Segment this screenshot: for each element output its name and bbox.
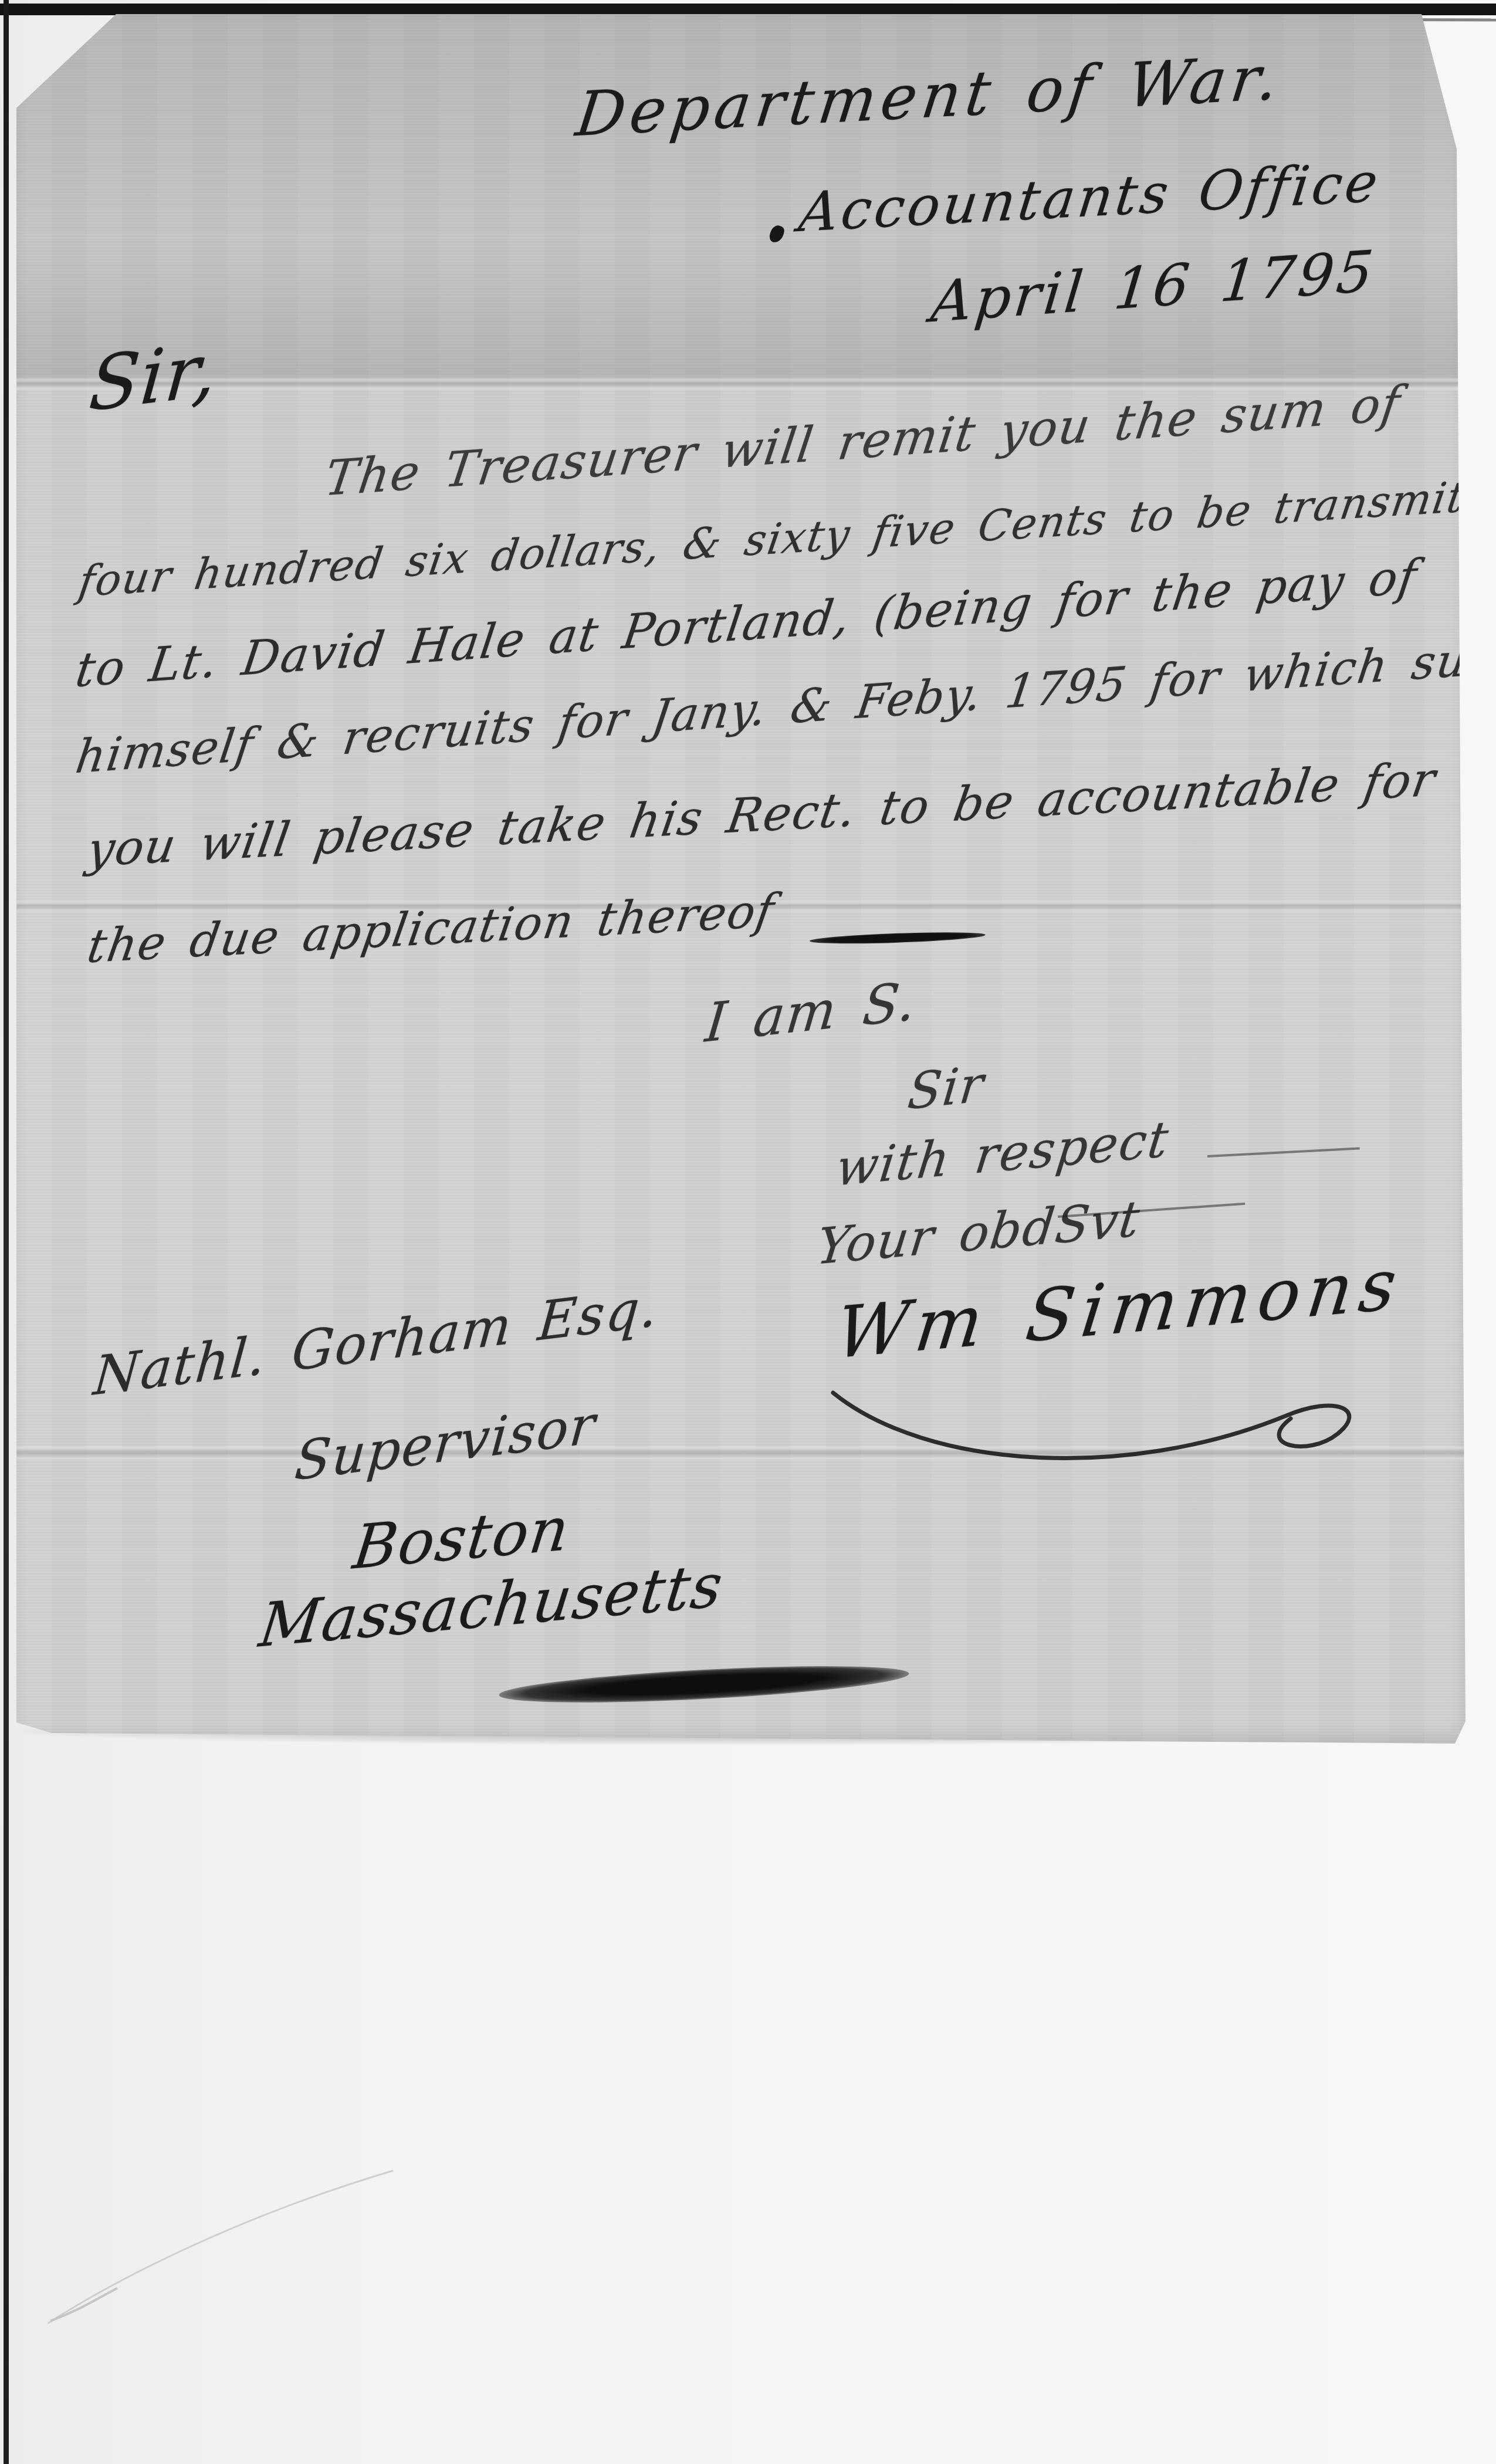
signature-flourish — [821, 1369, 1420, 1510]
closing-line: Sir — [905, 1055, 987, 1121]
salutation: Sir, — [86, 326, 222, 428]
dash-mark-after-thereof — [810, 930, 986, 946]
scan-edge-left — [4, 0, 9, 2464]
closing-line: with respect — [833, 1110, 1173, 1197]
pen-line-after-respect — [1207, 1147, 1360, 1157]
scratch-mark — [41, 2147, 405, 2335]
letter-paper: Department of War. Accountants Office Ap… — [16, 14, 1474, 1744]
address-line-title: Supervisor — [292, 1393, 598, 1493]
closing-line: I am S. — [702, 970, 919, 1054]
closing-line: Your obdSvt — [814, 1189, 1144, 1276]
address-line-name: Nathl. Gorham Esq. — [91, 1276, 661, 1408]
body-line: you will please take his Rect. to be acc… — [84, 752, 1440, 877]
scanned-letter-page: Department of War. Accountants Office Ap… — [0, 0, 1496, 2464]
scan-edge-top — [0, 4, 1496, 15]
ink-blot-dash — [498, 1659, 910, 1710]
body-line: the due application thereof — [84, 884, 779, 973]
